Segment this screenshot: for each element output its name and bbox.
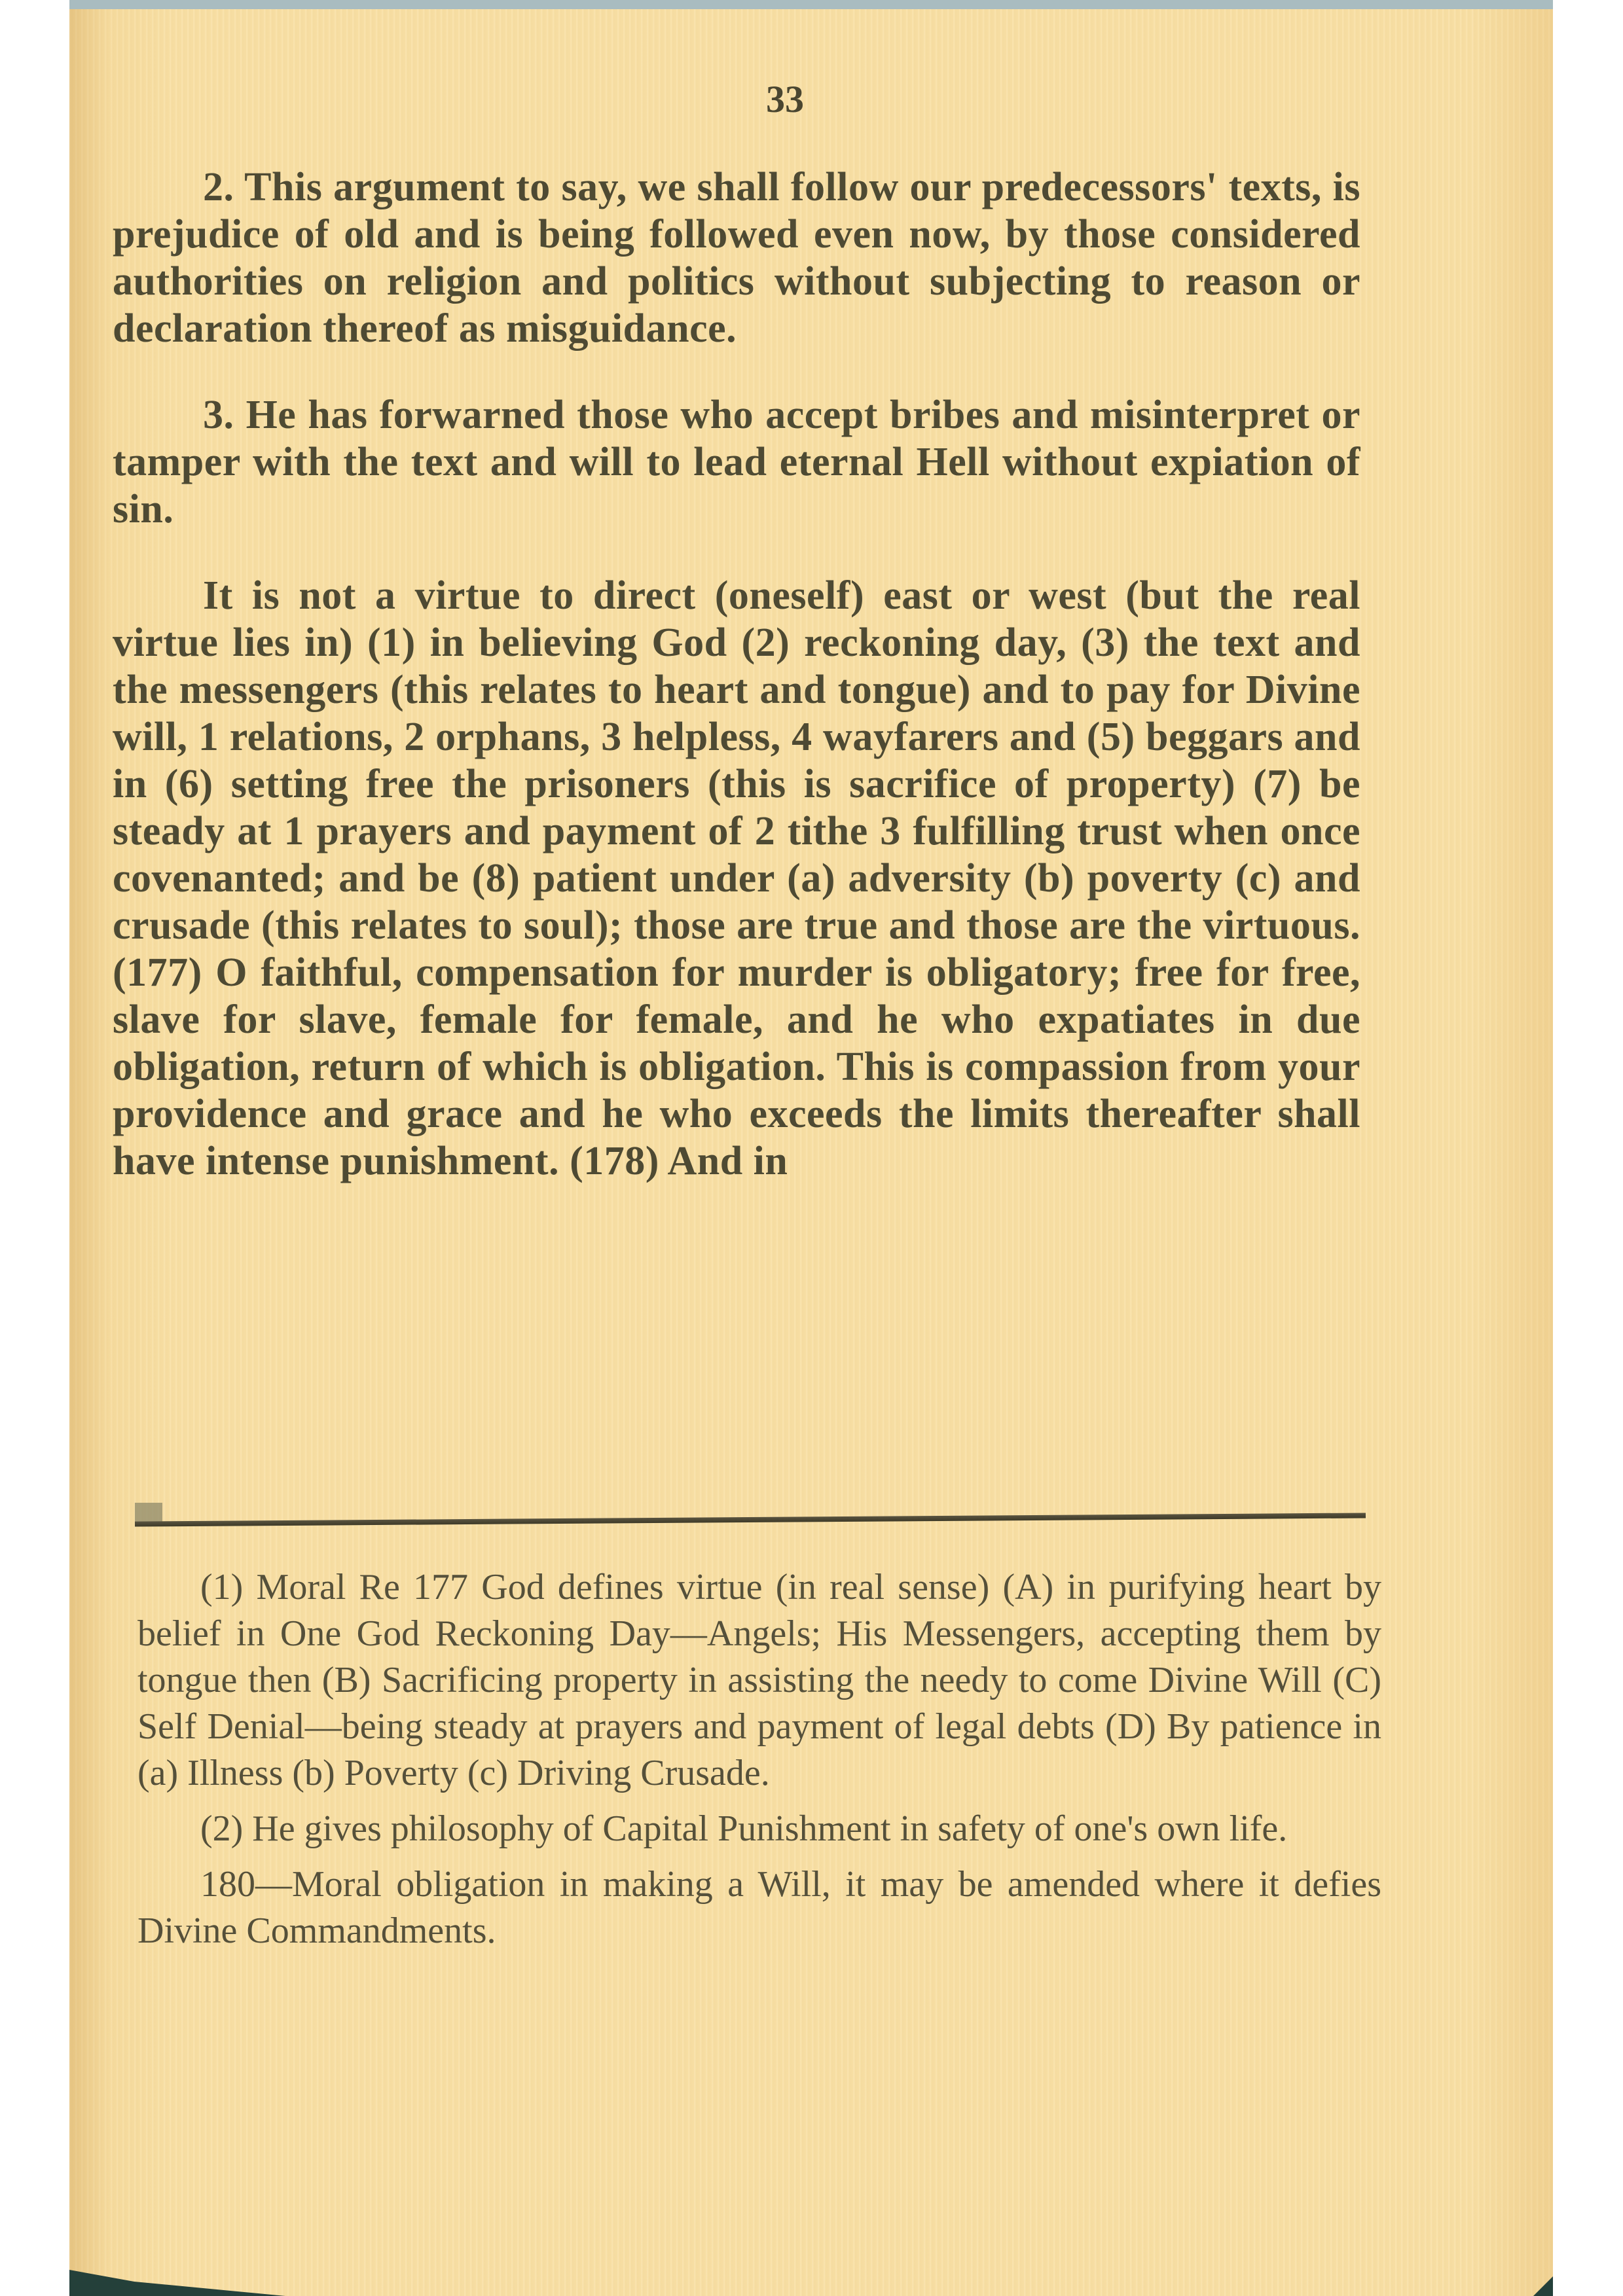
paragraph-virtue: It is not a virtue to direct (oneself) e… — [113, 572, 1360, 1185]
footnote-2: (2) He gives philosophy of Capital Punis… — [137, 1806, 1381, 1852]
paragraph-3: 3. He has forwarned those who accept bri… — [113, 391, 1360, 533]
main-text: 2. This argument to say, we shall follow… — [113, 164, 1360, 1185]
scan-shadow-right — [1533, 2276, 1553, 2296]
scan-border-top — [69, 0, 1553, 9]
page-number: 33 — [43, 77, 1527, 121]
book-page: 33 2. This argument to say, we shall fol… — [69, 0, 1553, 2296]
footnote-180: 180—Moral obligation in making a Will, i… — [137, 1861, 1381, 1954]
footnote-1: (1) Moral Re 177 God defines virtue (in … — [137, 1564, 1381, 1797]
scan-shadow-left — [69, 2270, 285, 2296]
footnotes: (1) Moral Re 177 God defines virtue (in … — [137, 1564, 1381, 1964]
paragraph-2: 2. This argument to say, we shall follow… — [113, 164, 1360, 352]
footnote-divider — [135, 1513, 1366, 1526]
